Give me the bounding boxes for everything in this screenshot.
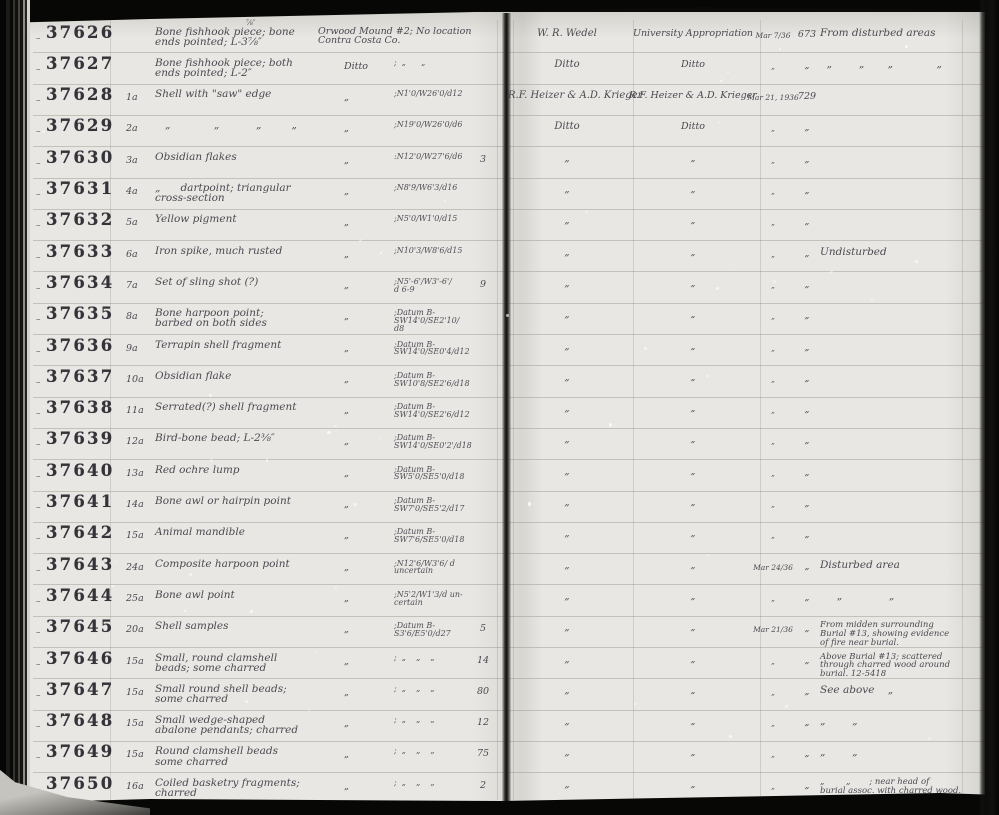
catalog-number: 37630 xyxy=(46,148,114,167)
ledger-row: –376336aIron spike, much rusted„;N10'3/W… xyxy=(0,240,999,272)
site-coordinates: ; „ „ „ xyxy=(394,654,435,662)
accession-source: „ xyxy=(628,747,758,758)
collector-name: Ditto xyxy=(508,121,626,132)
item-count: 5 xyxy=(470,623,496,634)
sub-number: 4a xyxy=(126,186,138,197)
site-coordinates: ;Datum B- SW7'0/SE5'2/d17 xyxy=(394,497,464,512)
accession-source: „ xyxy=(628,153,758,164)
catalog-number: 37641 xyxy=(46,492,114,511)
accession-source: „ xyxy=(628,434,758,445)
sub-number: 1a xyxy=(126,92,138,103)
accession-number: „ xyxy=(790,498,824,509)
accession-source: „ xyxy=(628,466,758,477)
site-coordinates: ;N5'0/W1'0/d15 xyxy=(394,215,457,223)
object-description: Small, round clamshell beads; some charr… xyxy=(155,653,277,673)
accession-source: „ xyxy=(628,403,758,414)
object-description: Shell with "saw" edge xyxy=(155,89,271,99)
remarks: „ „ ; near head of burial assoc. with ch… xyxy=(820,778,961,796)
sub-number: 15a xyxy=(126,749,144,760)
row-tick-mark: – xyxy=(36,378,41,388)
item-count: 14 xyxy=(470,655,496,666)
site-location-ditto: „ xyxy=(344,593,349,604)
site-location-ditto: „ xyxy=(344,155,349,166)
accession-number: „ xyxy=(790,717,824,728)
site-location-ditto: „ xyxy=(344,718,349,729)
site-location-ditto: „ xyxy=(344,123,349,134)
row-tick-mark: – xyxy=(36,347,41,357)
sub-number: 25a xyxy=(126,593,144,604)
collector-name: „ xyxy=(508,716,626,727)
sub-number: 13a xyxy=(126,468,144,479)
remarks: From midden surrounding Burial #13, show… xyxy=(820,621,949,648)
accession-number: „ xyxy=(790,623,824,634)
collector-name: „ xyxy=(508,779,626,790)
site-coordinates: ; „ „ „ xyxy=(394,747,435,755)
collector-name: „ xyxy=(508,403,626,414)
sub-number: 6a xyxy=(126,249,138,260)
row-tick-mark: – xyxy=(36,472,41,482)
ledger-row: –3763710aObsidian flake„;Datum B- SW10'8… xyxy=(0,365,999,397)
ledger-row: –3764324aComposite harpoon point„;N12'6/… xyxy=(0,553,999,585)
row-tick-mark: – xyxy=(36,722,41,732)
ledger-row: –3763912aBird-bone bead; L-2⅜″„;Datum B-… xyxy=(0,427,999,459)
site-location-ditto: „ xyxy=(344,781,349,792)
sub-number: 15a xyxy=(126,687,144,698)
collector-name: R.F. Heizer & A.D. Krieger xyxy=(508,90,626,101)
site-coordinates: ; „ „ „ xyxy=(394,779,435,787)
catalog-number: 37645 xyxy=(46,617,114,636)
collector-name: „ xyxy=(508,591,626,602)
accession-source: „ xyxy=(628,247,758,258)
row-tick-mark: – xyxy=(36,691,41,701)
catalog-number: 37634 xyxy=(46,273,114,292)
accession-source: Ditto xyxy=(628,121,758,132)
ledger-row: –3764615aSmall, round clamshell beads; s… xyxy=(0,647,999,679)
accession-number: „ xyxy=(790,60,824,71)
accession-source: „ xyxy=(628,278,758,289)
site-coordinates: ;N5'-6'/W3'-6'/ d 6-9 xyxy=(394,278,452,293)
site-location-ditto: „ xyxy=(344,436,349,447)
collector-name: Ditto xyxy=(508,59,626,70)
sub-number: 11a xyxy=(126,405,144,416)
site-coordinates: ;Datum B- SW10'8/SE2'6/d18 xyxy=(394,372,470,387)
catalog-number: 37627 xyxy=(46,54,114,73)
row-tick-mark: – xyxy=(36,440,41,450)
item-count: 3 xyxy=(470,154,496,165)
collector-name: „ xyxy=(508,341,626,352)
accession-number: „ xyxy=(790,154,824,165)
object-description: Small round shell beads; some charred xyxy=(155,684,287,704)
accession-number: „ xyxy=(790,404,824,415)
collector-name: „ xyxy=(508,528,626,539)
object-description: Animal mandible xyxy=(155,527,245,537)
row-tick-mark: – xyxy=(36,628,41,638)
row-tick-mark: – xyxy=(36,96,41,106)
site-location-ditto: „ xyxy=(344,186,349,197)
catalog-number: 37642 xyxy=(46,523,114,542)
object-description: Yellow pigment xyxy=(155,214,237,224)
sub-number: 20a xyxy=(126,624,144,635)
collector-name: „ xyxy=(508,622,626,633)
accession-number: „ xyxy=(790,373,824,384)
ledger-row: –3764114aBone awl or hairpin point„;Datu… xyxy=(0,490,999,522)
site-coordinates: ;Datum B- SW14'0/SE0'4/d12 xyxy=(394,341,470,356)
ledger-row: –3764715aSmall round shell beads; some c… xyxy=(0,678,999,710)
collector-name: „ xyxy=(508,560,626,571)
item-count: 12 xyxy=(470,717,496,728)
object-description: Coiled basketry fragments; charred xyxy=(155,778,300,798)
object-description: Shell samples xyxy=(155,621,229,631)
site-coordinates: ; „ „ xyxy=(394,59,425,67)
row-tick-mark: – xyxy=(36,409,41,419)
catalog-number: 37649 xyxy=(46,742,114,761)
ledger-row: –376303aObsidian flakes„:N12'0/W27'6/d63… xyxy=(0,146,999,178)
catalog-number: 37633 xyxy=(46,242,114,261)
object-description: Small wedge-shaped abalone pendants; cha… xyxy=(155,715,298,735)
accession-number: „ xyxy=(790,655,824,666)
accession-number: „ xyxy=(790,748,824,759)
remarks: „ „ xyxy=(820,747,858,757)
site-location-ditto: „ xyxy=(344,624,349,635)
item-count: 75 xyxy=(470,748,496,759)
ledger-row: –376292a „ „ „ „„;N19'0/W26'0/d6DittoDit… xyxy=(0,114,999,146)
accession-source: „ xyxy=(628,654,758,665)
site-coordinates: ;Datum B- S3'6/E5'0/d27 xyxy=(394,622,451,637)
ledger-row: –376358aBone harpoon point; barbed on bo… xyxy=(0,302,999,334)
sub-number: 14a xyxy=(126,499,144,510)
catalog-number: 37647 xyxy=(46,680,114,699)
collector-name: W. R. Wedel xyxy=(508,28,626,39)
collector-name: „ xyxy=(508,278,626,289)
ledger-row: –3764915aRound clamshell beads some char… xyxy=(0,740,999,772)
site-location-ditto: „ xyxy=(344,92,349,103)
object-description: Bird-bone bead; L-2⅜″ xyxy=(155,433,275,443)
accession-number: „ xyxy=(790,529,824,540)
site-coordinates: ;N1'0/W26'0/d12 xyxy=(394,90,462,98)
sub-number: 15a xyxy=(126,656,144,667)
site-coordinates: ;N19'0/W26'0/d6 xyxy=(394,121,462,129)
ledger-photograph: –37626Bone fishhook piece; bone ends poi… xyxy=(0,0,999,815)
ledger-row: –376281aShell with "saw" edge„;N1'0/W26'… xyxy=(0,83,999,115)
site-coordinates: ;N12'6/W3'6/ d uncertain xyxy=(394,560,455,575)
accession-source: „ xyxy=(628,215,758,226)
site-coordinates: ; „ „ „ xyxy=(394,685,435,693)
catalog-number: 37644 xyxy=(46,586,114,605)
accession-source: „ xyxy=(628,184,758,195)
accession-number: „ xyxy=(790,185,824,196)
sub-number: 12a xyxy=(126,436,144,447)
remarks: „ „ xyxy=(820,591,894,601)
row-tick-mark: – xyxy=(36,660,41,670)
ledger-row: –3763811aSerrated(?) shell fragment„;Dat… xyxy=(0,396,999,428)
row-tick-mark: – xyxy=(36,503,41,513)
site-coordinates: ;Datum B- SW5'0/SE5'0/d18 xyxy=(394,466,464,481)
collector-name: „ xyxy=(508,247,626,258)
site-location-ditto: „ xyxy=(344,280,349,291)
item-count: 80 xyxy=(470,686,496,697)
accession-source: „ xyxy=(628,528,758,539)
catalog-number: 37639 xyxy=(46,429,114,448)
object-description: Bone fishhook piece; bone ends pointed; … xyxy=(155,27,295,47)
collector-name: „ xyxy=(508,466,626,477)
remarks: „ „ „ „ xyxy=(820,59,942,69)
accession-number: 673 xyxy=(790,29,824,40)
catalog-number: 37638 xyxy=(46,398,114,417)
object-description: Bone harpoon point; barbed on both sides xyxy=(155,308,267,328)
site-coordinates: ;N5'2/W1'3/d un- certain xyxy=(394,591,463,606)
row-tick-mark: – xyxy=(36,34,41,44)
remarks: See above „ xyxy=(820,685,893,695)
row-tick-mark: – xyxy=(36,284,41,294)
catalog-number: 37648 xyxy=(46,711,114,730)
sub-number: 24a xyxy=(126,562,144,573)
catalog-number: 37650 xyxy=(46,774,114,793)
row-tick-mark: – xyxy=(36,253,41,263)
ledger-row: –3764815aSmall wedge-shaped abalone pend… xyxy=(0,709,999,741)
site-coordinates: ;Datum B- SW14'0/SE2'10/ d8 xyxy=(394,309,459,332)
collector-name: „ xyxy=(508,685,626,696)
collector-name: „ xyxy=(508,184,626,195)
object-description: „ dartpoint; triangular cross-section xyxy=(155,183,291,203)
sub-number: 7a xyxy=(126,280,138,291)
object-description: Red ochre lump xyxy=(155,465,240,475)
row-tick-mark: – xyxy=(36,566,41,576)
collector-name: „ xyxy=(508,434,626,445)
sub-number: 15a xyxy=(126,530,144,541)
site-coordinates: ;N8'9/W6'3/d16 xyxy=(394,184,457,192)
object-description: Iron spike, much rusted xyxy=(155,246,282,256)
site-coordinates: :N12'0/W27'6/d6 xyxy=(394,153,462,161)
site-location-ditto: „ xyxy=(344,343,349,354)
object-description: Bone awl point xyxy=(155,590,235,600)
object-description: Composite harpoon point xyxy=(155,559,290,569)
catalog-number: 37632 xyxy=(46,210,114,229)
site-location-ditto: „ xyxy=(344,562,349,573)
ledger-row: –37627Bone fishhook piece; both ends poi… xyxy=(0,52,999,84)
ledger-row: –3764520aShell samples„;Datum B- S3'6/E5… xyxy=(0,615,999,647)
accession-source: „ xyxy=(628,622,758,633)
row-tick-mark: – xyxy=(36,127,41,137)
row-tick-mark: – xyxy=(36,534,41,544)
sub-number: 9a xyxy=(126,343,138,354)
site-coordinates: ;Datum B- SW14'0/SE2'6/d12 xyxy=(394,403,470,418)
object-description: Terrapin shell fragment xyxy=(155,340,281,350)
catalog-number: 37646 xyxy=(46,649,114,668)
remarks: „ „ xyxy=(820,716,858,726)
accession-number: „ xyxy=(790,467,824,478)
object-description: Set of sling shot (?) xyxy=(155,277,258,287)
ledger-row: –376347aSet of sling shot (?)„;N5'-6'/W3… xyxy=(0,271,999,303)
site-location-ditto: „ xyxy=(344,405,349,416)
sub-number: 5a xyxy=(126,217,138,228)
accession-source: „ xyxy=(628,779,758,790)
accession-number: 729 xyxy=(790,91,824,102)
catalog-number: 37629 xyxy=(46,116,114,135)
site-coordinates: ;Datum B- SW14'0/SE0'2'/d18 xyxy=(394,434,472,449)
accession-source: „ xyxy=(628,560,758,571)
accession-number: „ xyxy=(790,216,824,227)
collector-name: „ xyxy=(508,309,626,320)
sub-number: 2a xyxy=(126,123,138,134)
object-description: Obsidian flake xyxy=(155,371,231,381)
ledger-row: –3764013aRed ochre lump„;Datum B- SW5'0/… xyxy=(0,459,999,491)
accession-number: „ xyxy=(790,342,824,353)
object-description: Round clamshell beads some charred xyxy=(155,746,278,766)
catalog-number: 37628 xyxy=(46,85,114,104)
remarks: Undisturbed xyxy=(820,247,887,257)
catalog-number: 37643 xyxy=(46,555,114,574)
object-description: Bone fishhook piece; both ends pointed; … xyxy=(155,58,293,78)
site-location-ditto: „ xyxy=(344,530,349,541)
accession-source: „ xyxy=(628,716,758,727)
accession-source: „ xyxy=(628,372,758,383)
accession-number: „ xyxy=(790,686,824,697)
row-tick-mark: – xyxy=(36,315,41,325)
ledger-row: –376325aYellow pigment„;N5'0/W1'0/d15„„„… xyxy=(0,208,999,240)
row-tick-mark: – xyxy=(36,190,41,200)
superscript-note: ⅞″ xyxy=(246,19,255,27)
collector-name: „ xyxy=(508,497,626,508)
accession-number: „ xyxy=(790,435,824,446)
remarks: Above Burial #13; scattered through char… xyxy=(820,653,950,680)
book-binding-left xyxy=(0,0,32,815)
collector-name: „ xyxy=(508,215,626,226)
remarks: From disturbed areas xyxy=(820,28,936,38)
accession-number: „ xyxy=(790,122,824,133)
book-edge-right xyxy=(979,0,999,815)
ledger-row: –3764425aBone awl point„;N5'2/W1'3/d un-… xyxy=(0,584,999,616)
ledger-row: –37626Bone fishhook piece; bone ends poi… xyxy=(0,21,999,53)
sub-number: 15a xyxy=(126,718,144,729)
site-coordinates: ; „ „ „ xyxy=(394,716,435,724)
site-location-ditto: „ xyxy=(344,656,349,667)
accession-source: R.F. Heizer & A.D. Krieger xyxy=(628,90,758,101)
site-location-ditto: Ditto xyxy=(344,61,368,72)
catalog-number: 37626 xyxy=(46,23,114,42)
catalog-number: 37631 xyxy=(46,179,114,198)
object-description: Bone awl or hairpin point xyxy=(155,496,291,506)
site-location-ditto: „ xyxy=(344,311,349,322)
collector-name: „ xyxy=(508,654,626,665)
catalog-number: 37640 xyxy=(46,461,114,480)
ledger-row: –376314a„ dartpoint; triangular cross-se… xyxy=(0,177,999,209)
accession-source: „ xyxy=(628,591,758,602)
item-count: 2 xyxy=(470,780,496,791)
sub-number: 3a xyxy=(126,155,138,166)
site-location-ditto: „ xyxy=(344,217,349,228)
catalog-number: 37637 xyxy=(46,367,114,386)
site-coordinates: ;N10'3/W8'6/d15 xyxy=(394,247,462,255)
accession-source: Ditto xyxy=(628,59,758,70)
collector-name: „ xyxy=(508,153,626,164)
sub-number: 10a xyxy=(126,374,144,385)
catalog-number: 37635 xyxy=(46,304,114,323)
accession-number: „ xyxy=(790,780,824,791)
site-location-ditto: „ xyxy=(344,499,349,510)
row-tick-mark: – xyxy=(36,65,41,75)
object-description: „ „ „ „ xyxy=(155,120,297,130)
accession-number: „ xyxy=(790,310,824,321)
site-coordinates: ;Datum B- SW7'6/SE5'0/d18 xyxy=(394,528,464,543)
accession-source: „ xyxy=(628,685,758,696)
ledger-rows: –37626Bone fishhook piece; bone ends poi… xyxy=(0,0,999,815)
accession-source: „ xyxy=(628,497,758,508)
accession-number: „ xyxy=(790,561,824,572)
ledger-row: –376369aTerrapin shell fragment„;Datum B… xyxy=(0,334,999,366)
catalog-number: 37636 xyxy=(46,336,114,355)
accession-number: „ xyxy=(790,592,824,603)
site-location: Orwood Mound #2; No location Contra Cost… xyxy=(318,27,472,47)
accession-number: „ xyxy=(790,279,824,290)
row-tick-mark: – xyxy=(36,753,41,763)
accession-source: „ xyxy=(628,309,758,320)
site-location-ditto: „ xyxy=(344,468,349,479)
site-location-ditto: „ xyxy=(344,687,349,698)
remarks: Disturbed area xyxy=(820,560,900,570)
collector-name: „ xyxy=(508,747,626,758)
site-location-ditto: „ xyxy=(344,249,349,260)
object-description: Serrated(?) shell fragment xyxy=(155,402,296,412)
ledger-row: –3764215aAnimal mandible„;Datum B- SW7'6… xyxy=(0,521,999,553)
accession-number: „ xyxy=(790,248,824,259)
site-location-ditto: „ xyxy=(344,749,349,760)
accession-source: „ xyxy=(628,341,758,352)
row-tick-mark: – xyxy=(36,159,41,169)
site-location-ditto: „ xyxy=(344,374,349,385)
row-tick-mark: – xyxy=(36,221,41,231)
sub-number: 8a xyxy=(126,311,138,322)
object-description: Obsidian flakes xyxy=(155,152,237,162)
item-count: 9 xyxy=(470,279,496,290)
sub-number: 16a xyxy=(126,781,144,792)
accession-source: University Appropriation xyxy=(628,28,758,39)
row-tick-mark: – xyxy=(36,597,41,607)
collector-name: „ xyxy=(508,372,626,383)
